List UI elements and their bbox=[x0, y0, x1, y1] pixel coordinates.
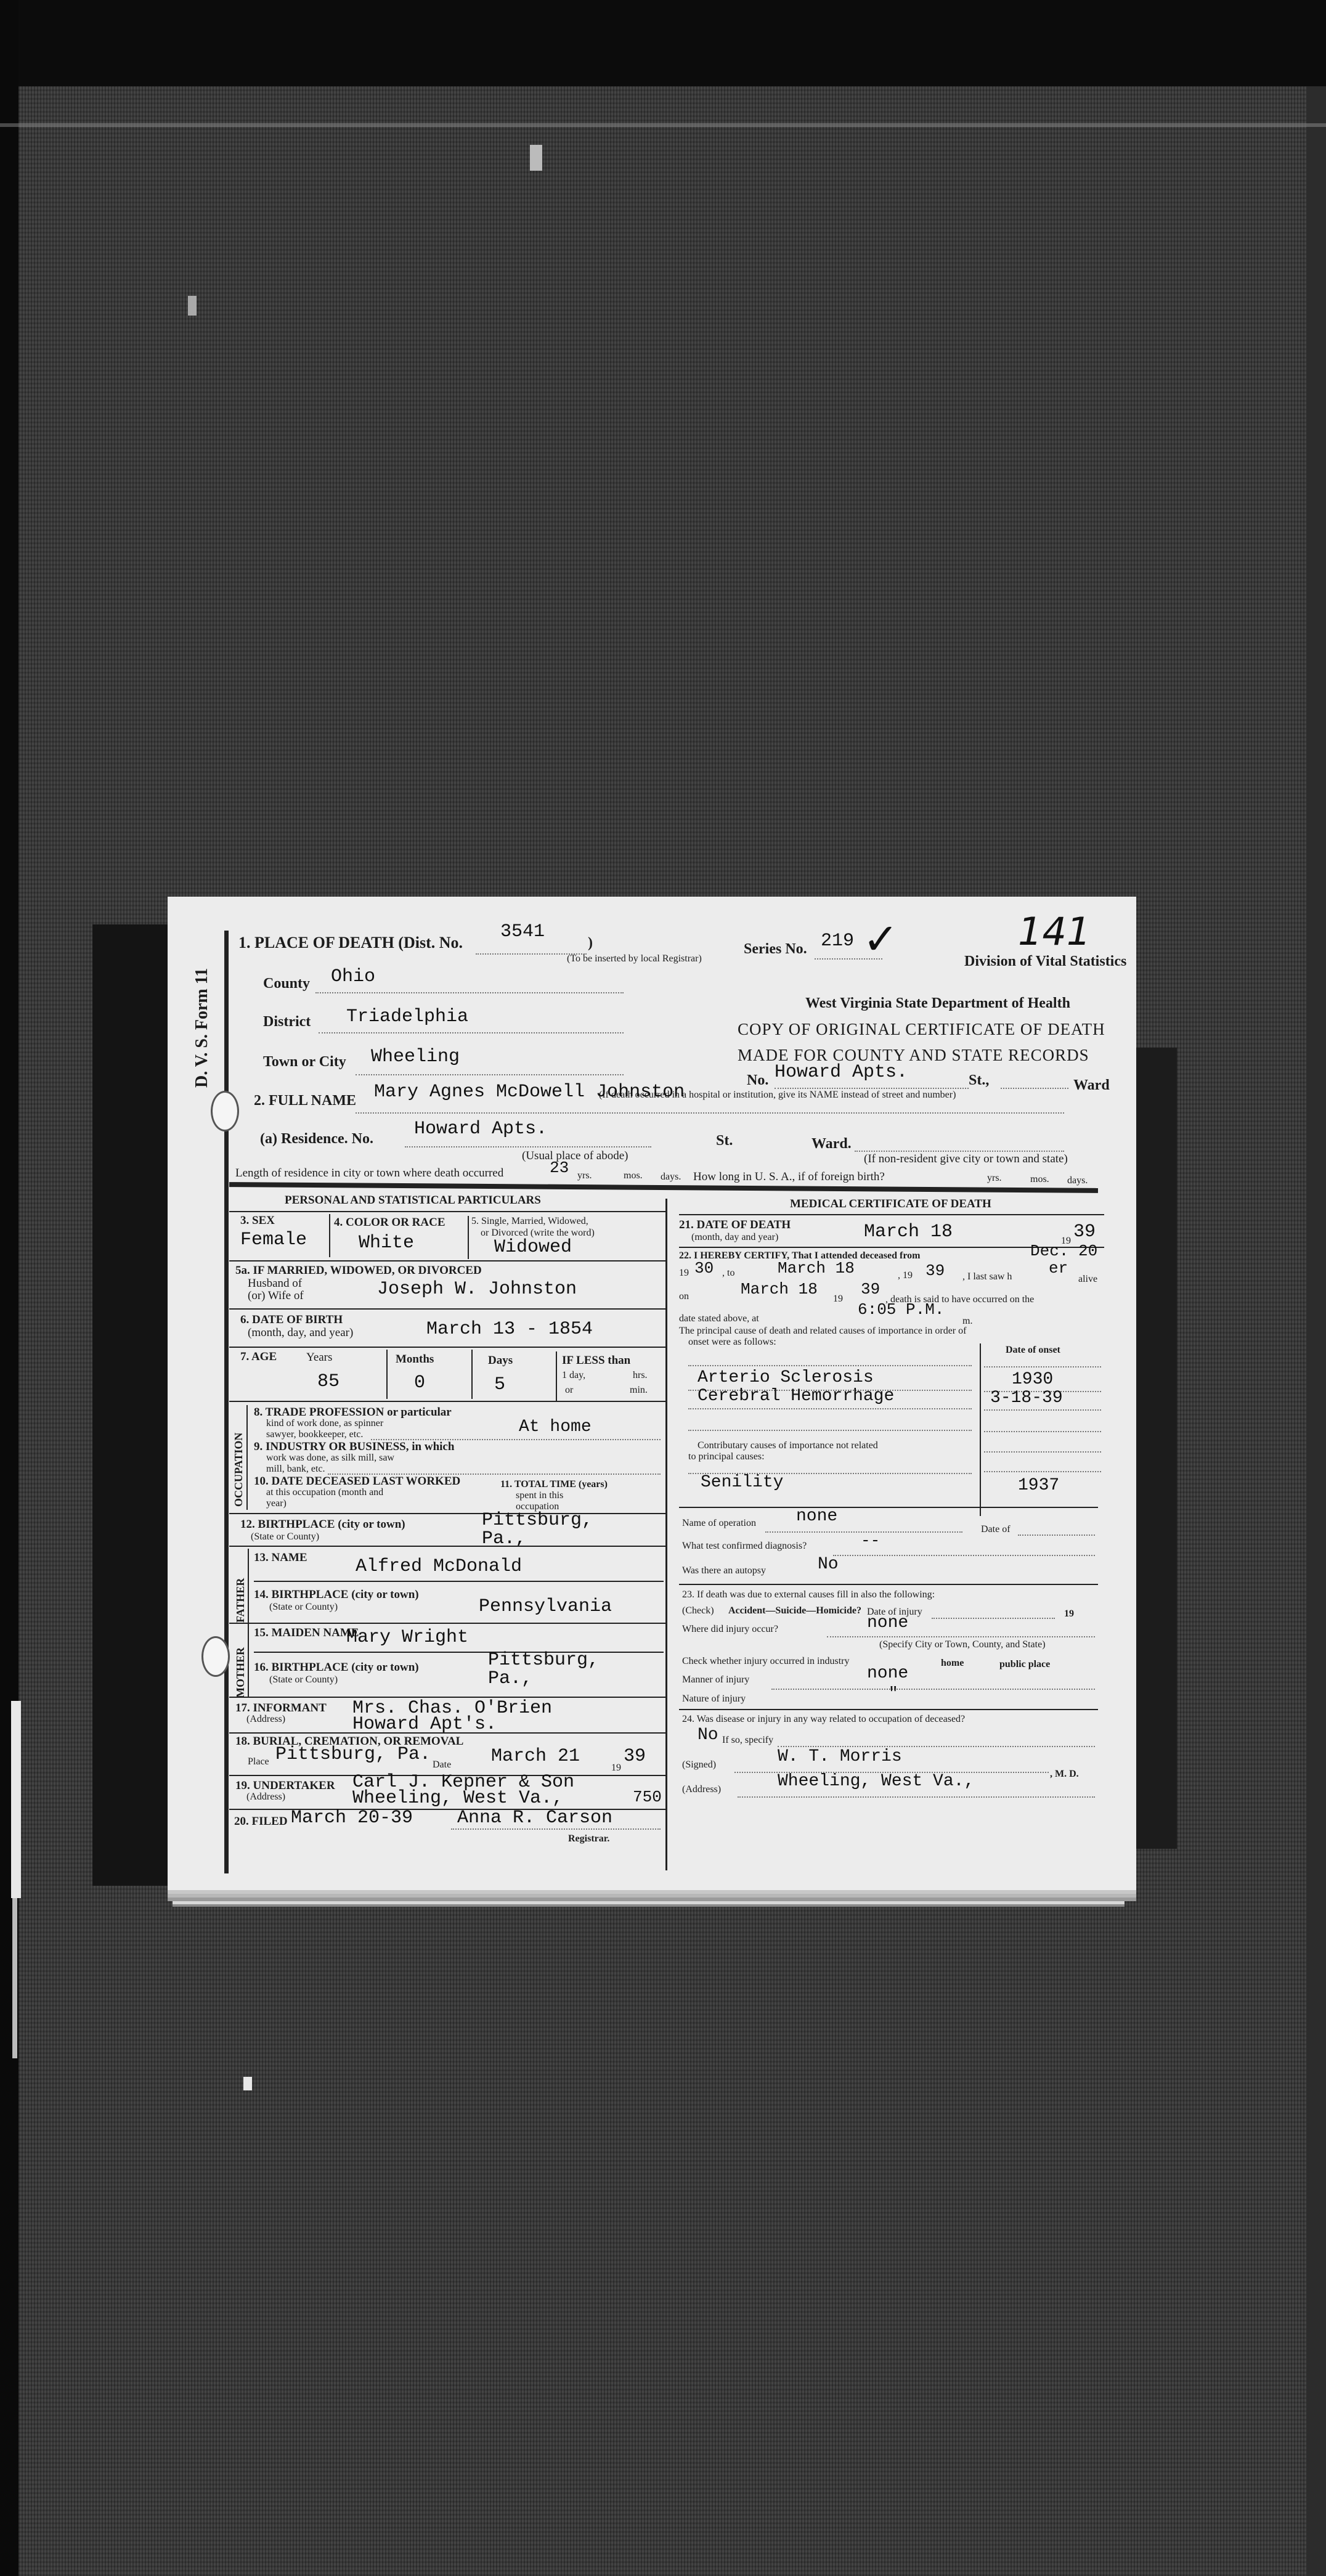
last-year-value: 39 bbox=[861, 1280, 880, 1298]
to-year-prefix: , 19 bbox=[898, 1270, 913, 1281]
cause-2-onset: 3-18-39 bbox=[990, 1388, 1063, 1408]
residence-st-label: St. bbox=[716, 1133, 733, 1149]
ward-label: Ward bbox=[1073, 1077, 1110, 1094]
undertaker-address-label: (Address) bbox=[246, 1791, 285, 1803]
paper-strip bbox=[11, 1701, 21, 1898]
personal-section-title: PERSONAL AND STATISTICAL PARTICULARS bbox=[285, 1194, 541, 1207]
dod-value: March 18 bbox=[864, 1221, 953, 1242]
age-months-value: 0 bbox=[414, 1372, 425, 1393]
physician-address-value: Wheeling, West Va., bbox=[778, 1772, 974, 1791]
test-label: What test confirmed diagnosis? bbox=[682, 1541, 807, 1552]
birthplace-label: 12. BIRTHPLACE (city or town) bbox=[240, 1518, 405, 1531]
mother-birthplace-city-value: Pittsburg, bbox=[488, 1650, 599, 1671]
contributory-label-line2: to principal causes: bbox=[688, 1451, 765, 1462]
injury-where-label: Where did injury occur? bbox=[682, 1624, 778, 1635]
informant-label: 17. INFORMANT bbox=[235, 1702, 327, 1715]
burial-place-value: Pittsburg, Pa. bbox=[275, 1744, 431, 1765]
father-side-label: FATHER bbox=[234, 1578, 247, 1623]
less-than-label: IF LESS than bbox=[562, 1354, 630, 1367]
death-certificate: D. V. S. Form 11 1. PLACE OF DEATH (Dist… bbox=[168, 897, 1136, 1890]
last-saw-label: , I last saw h bbox=[962, 1271, 1012, 1282]
father-name-label: 13. NAME bbox=[254, 1551, 307, 1565]
residence-value: Howard Apts. bbox=[414, 1119, 547, 1139]
sex-value: Female bbox=[240, 1229, 307, 1250]
burial-place-label: Place bbox=[248, 1756, 269, 1767]
dist-no-note: (To be inserted by local Registrar) bbox=[567, 953, 702, 964]
father-name-value: Alfred McDonald bbox=[356, 1556, 522, 1577]
father-birthplace-sublabel: (State or County) bbox=[269, 1602, 338, 1613]
shadow bbox=[1134, 1048, 1177, 1849]
onset-column-divider bbox=[980, 1343, 981, 1516]
md-label: , M. D. bbox=[1050, 1769, 1079, 1780]
film-top-border bbox=[0, 0, 1326, 86]
cause-2-value: Cerebral Hemorrhage bbox=[698, 1387, 894, 1406]
dob-sublabel: (month, day, and year) bbox=[248, 1326, 353, 1340]
home-option: home bbox=[941, 1658, 964, 1669]
handwritten-number: 141 bbox=[1018, 909, 1091, 954]
debris-fleck bbox=[188, 296, 197, 316]
injury-year-prefix: 19 bbox=[1064, 1608, 1074, 1620]
cause-1-value: Arterio Sclerosis bbox=[698, 1368, 874, 1387]
series-no: 219 bbox=[821, 931, 854, 952]
length-years-value: 23 bbox=[550, 1159, 569, 1177]
age-days-label: Days bbox=[488, 1354, 513, 1367]
street-no-label: No. bbox=[747, 1072, 768, 1089]
punch-hole bbox=[211, 1091, 239, 1131]
full-name-value: Mary Agnes McDowell Johnston bbox=[374, 1082, 685, 1103]
burial-date-label: Date bbox=[433, 1759, 451, 1771]
st-label: St., bbox=[969, 1072, 989, 1089]
district-label: District bbox=[263, 1014, 311, 1030]
undertaker-label: 19. UNDERTAKER bbox=[235, 1779, 335, 1793]
spouse-value: Joseph W. Johnston bbox=[377, 1279, 577, 1300]
mos-unit: mos. bbox=[624, 1170, 643, 1181]
section-divider bbox=[229, 1182, 1098, 1193]
operation-value: none bbox=[796, 1507, 837, 1526]
contributory-label-line1: Contributary causes of importance not re… bbox=[698, 1440, 878, 1451]
dod-label: 21. DATE OF DEATH bbox=[679, 1218, 791, 1232]
nature-label: Nature of injury bbox=[682, 1694, 746, 1705]
to-label: , to bbox=[722, 1268, 734, 1279]
trade-sublabel1: kind of work done, as spinner bbox=[266, 1418, 383, 1429]
physician-address-label: (Address) bbox=[682, 1784, 721, 1795]
county-label: County bbox=[263, 976, 310, 992]
marital-label: 5. Single, Married, Widowed, bbox=[471, 1216, 588, 1227]
marital-value: Widowed bbox=[494, 1237, 572, 1258]
street-no-value: Howard Apts. bbox=[775, 1062, 908, 1083]
from-year-prefix: 19 bbox=[679, 1268, 689, 1279]
check-label: (Check) bbox=[682, 1605, 714, 1616]
father-birthplace-label: 14. BIRTHPLACE (city or town) bbox=[254, 1588, 419, 1602]
age-months-label: Months bbox=[396, 1353, 434, 1366]
undertaker-address-value: Wheeling, West Va., bbox=[352, 1788, 563, 1809]
paper-strip bbox=[12, 1898, 17, 2058]
yrs-unit: yrs. bbox=[577, 1170, 592, 1181]
division-label: Division of Vital Statistics bbox=[964, 953, 1126, 970]
shadow bbox=[92, 924, 179, 1886]
injury-where-value: none bbox=[867, 1613, 908, 1632]
foreign-mos-unit: mos. bbox=[1030, 1174, 1049, 1185]
autopsy-label: Was there an autopsy bbox=[682, 1565, 766, 1576]
debris-fleck bbox=[530, 145, 542, 171]
onset-header: Date of onset bbox=[1006, 1345, 1060, 1356]
to-year-value: 39 bbox=[925, 1262, 945, 1280]
days-unit: days. bbox=[661, 1172, 681, 1183]
less-or-label: or bbox=[565, 1385, 573, 1396]
residence-label: (a) Residence. No. bbox=[260, 1131, 373, 1147]
operation-label: Name of operation bbox=[682, 1518, 756, 1529]
mother-name-value: Mary Wright bbox=[346, 1627, 468, 1648]
autopsy-value: No bbox=[818, 1555, 839, 1574]
trade-sublabel2: sawyer, bookkeeper, etc. bbox=[266, 1429, 363, 1440]
informant-address-value: Howard Apt's. bbox=[352, 1714, 497, 1735]
abode-note: (Usual place of abode) bbox=[522, 1149, 628, 1163]
series-label: Series No. bbox=[744, 941, 807, 958]
district-value: Triadelphia bbox=[346, 1006, 468, 1027]
cause-intro-line2: onset were as follows: bbox=[688, 1337, 776, 1348]
form-id: D. V. S. Form 11 bbox=[192, 968, 212, 1088]
father-birthplace-value: Pennsylvania bbox=[479, 1596, 612, 1617]
occupation-related-label: 24. Was disease or injury in any way rel… bbox=[682, 1714, 965, 1725]
mother-birthplace-state-value: Pa., bbox=[488, 1668, 532, 1689]
mother-birthplace-label: 16. BIRTHPLACE (city or town) bbox=[254, 1661, 419, 1674]
department-label: West Virginia State Department of Health bbox=[805, 995, 1070, 1012]
last-saw-pronoun: er bbox=[1049, 1259, 1068, 1278]
foreign-yrs-unit: yrs. bbox=[987, 1173, 1002, 1184]
column-divider bbox=[665, 1199, 667, 1870]
mother-side-label: MOTHER bbox=[234, 1647, 247, 1698]
race-value: White bbox=[359, 1233, 414, 1253]
dist-no: 3541 bbox=[500, 921, 545, 942]
dob-value: March 13 - 1854 bbox=[426, 1319, 593, 1340]
total-time-label: 11. TOTAL TIME (years) bbox=[500, 1479, 608, 1490]
manner-label: Manner of injury bbox=[682, 1674, 749, 1685]
film-left-border bbox=[0, 0, 18, 2576]
trade-label: 8. TRADE PROFESSION or particular bbox=[254, 1406, 452, 1419]
burial-year-value: 39 bbox=[624, 1746, 646, 1767]
signed-label: (Signed) bbox=[682, 1759, 716, 1771]
spouse-husband-label: Husband of bbox=[248, 1277, 302, 1290]
burial-year-prefix: 19 bbox=[611, 1763, 621, 1774]
place-of-death-label: 1. PLACE OF DEATH (Dist. No. bbox=[238, 934, 463, 952]
age-label: 7. AGE bbox=[240, 1350, 277, 1364]
manner-value: none bbox=[867, 1664, 908, 1683]
certificate-title-line1: COPY OF ORIGINAL CERTIFICATE OF DEATH bbox=[738, 1020, 1105, 1039]
industry-sublabel2: mill, bank, etc. bbox=[266, 1464, 325, 1475]
scan-artifact-line bbox=[0, 123, 1326, 127]
last-worked-sublabel1: at this occupation (month and bbox=[266, 1487, 383, 1498]
last-saw-date-value: March 18 bbox=[741, 1280, 818, 1298]
nonresident-note: (If non-resident give city or town and s… bbox=[864, 1152, 1068, 1166]
contributory-onset-value: 1937 bbox=[1018, 1476, 1059, 1495]
last-year-prefix: 19 bbox=[833, 1294, 843, 1305]
medical-section-title: MEDICAL CERTIFICATE OF DEATH bbox=[790, 1197, 991, 1211]
industry-check-label: Check whether injury occurred in industr… bbox=[682, 1656, 849, 1667]
spouse-label: 5a. IF MARRIED, WIDOWED, OR DIVORCED bbox=[235, 1264, 482, 1278]
foreign-days-unit: days. bbox=[1067, 1175, 1088, 1186]
attended-from-value: Dec. 20 bbox=[1030, 1242, 1097, 1260]
filed-value: March 20-39 bbox=[291, 1808, 413, 1828]
on-label: on bbox=[679, 1291, 689, 1302]
nature-value: " bbox=[889, 1684, 898, 1703]
mother-birthplace-sublabel: (State or County) bbox=[269, 1674, 338, 1685]
age-days-value: 5 bbox=[494, 1374, 505, 1395]
town-value: Wheeling bbox=[371, 1046, 460, 1067]
industry-label: 9. INDUSTRY OR BUSINESS, in which bbox=[254, 1440, 454, 1454]
physician-signature: W. T. Morris bbox=[778, 1747, 902, 1766]
operation-date-label: Date of bbox=[981, 1524, 1011, 1535]
dod-sublabel: (month, day and year) bbox=[691, 1232, 778, 1243]
age-years-value: 85 bbox=[317, 1371, 340, 1392]
less-min-label: min. bbox=[630, 1385, 648, 1396]
test-value: -- bbox=[861, 1531, 880, 1550]
punch-hole bbox=[201, 1636, 230, 1677]
if-so-specify-label: If so, specify bbox=[722, 1735, 773, 1746]
trade-value: At home bbox=[519, 1417, 592, 1437]
from-year-value: 30 bbox=[694, 1259, 714, 1278]
last-worked-sublabel2: year) bbox=[266, 1498, 287, 1509]
race-label: 4. COLOR OR RACE bbox=[334, 1216, 445, 1229]
informant-address-label: (Address) bbox=[246, 1714, 285, 1725]
spouse-wife-label: (or) Wife of bbox=[248, 1289, 304, 1303]
total-time-sublabel1: spent in this bbox=[516, 1490, 563, 1501]
birthplace-city-value: Pittsburg, bbox=[482, 1510, 593, 1531]
public-place-option: public place bbox=[999, 1659, 1050, 1670]
last-worked-label: 10. DATE DECEASED LAST WORKED bbox=[254, 1475, 460, 1488]
external-causes-label: 23. If death was due to external causes … bbox=[682, 1589, 935, 1600]
dob-label: 6. DATE OF BIRTH bbox=[240, 1313, 343, 1327]
alive-label: alive bbox=[1078, 1274, 1097, 1285]
birthplace-sublabel: (State or County) bbox=[251, 1531, 319, 1543]
town-label: Town or City bbox=[263, 1054, 346, 1070]
occupation-side-label: OCCUPATION bbox=[232, 1433, 245, 1507]
check-mark: ✓ bbox=[863, 914, 899, 964]
cause-intro-line1: The principal cause of death and related… bbox=[679, 1326, 966, 1337]
mother-name-label: 15. MAIDEN NAME bbox=[254, 1626, 359, 1640]
debris-fleck bbox=[243, 2077, 252, 2090]
dod-year-value: 39 bbox=[1073, 1221, 1096, 1242]
county-value: Ohio bbox=[331, 966, 375, 987]
date-stated-label: date stated above, at bbox=[679, 1313, 759, 1324]
less-day-label: 1 day, bbox=[562, 1370, 585, 1381]
accident-suicide-homicide-options: Accident—Suicide—Homicide? bbox=[728, 1605, 861, 1616]
length-of-residence-label: Length of residence in city or town wher… bbox=[235, 1167, 503, 1180]
industry-sublabel1: work was done, as silk mill, saw bbox=[266, 1453, 394, 1464]
time-of-death-value: 6:05 P.M. bbox=[858, 1300, 944, 1319]
foreign-birth-label: How long in U. S. A., if of foreign birt… bbox=[693, 1170, 885, 1184]
occupation-related-value: No bbox=[698, 1726, 718, 1745]
binding-rule bbox=[224, 931, 229, 1873]
registrar-value: Anna R. Carson bbox=[457, 1808, 612, 1828]
filed-label: 20. FILED bbox=[234, 1815, 288, 1828]
specify-location-note: (Specify City or Town, County, and State… bbox=[879, 1639, 1046, 1650]
full-name-label: 2. FULL NAME bbox=[254, 1093, 356, 1109]
sex-label: 3. SEX bbox=[240, 1214, 275, 1228]
burial-date-value: March 21 bbox=[491, 1746, 580, 1767]
undertaker-number: 750 bbox=[633, 1788, 662, 1806]
contributory-cause-value: Senility bbox=[701, 1473, 783, 1492]
cause-1-onset: 1930 bbox=[1012, 1370, 1053, 1389]
attended-to-value: March 18 bbox=[778, 1259, 855, 1278]
registrar-label: Registrar. bbox=[568, 1833, 609, 1844]
less-hrs-label: hrs. bbox=[633, 1370, 648, 1381]
residence-ward-label: Ward. bbox=[811, 1136, 852, 1152]
age-years-label: Years bbox=[306, 1351, 332, 1364]
